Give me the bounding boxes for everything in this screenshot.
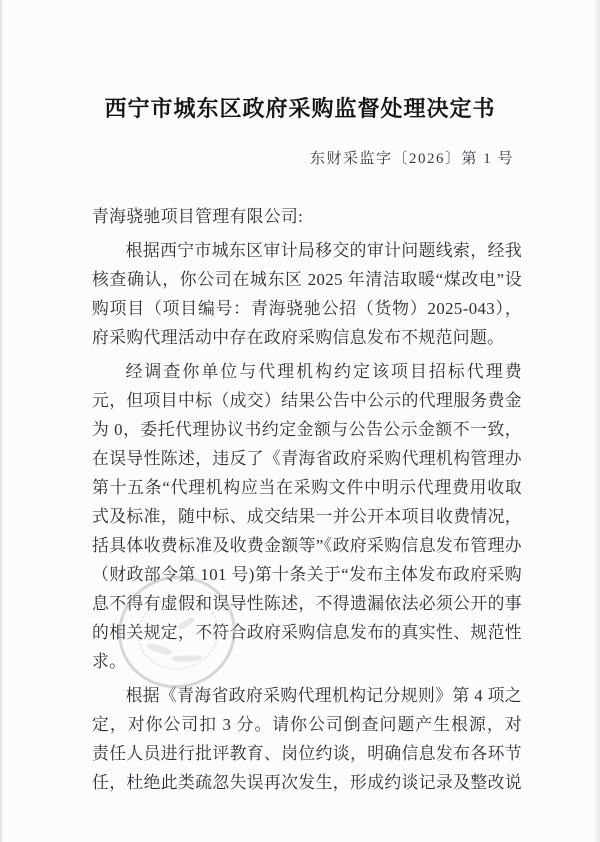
seal-smudge <box>172 655 202 662</box>
body-line: 经调查你单位与代理机构约定该项目招标代理费 49777 <box>92 357 522 386</box>
body-line: 括具体收费标准及收费金额等”《政府采购信息发布管理办法》 <box>92 531 522 560</box>
body-line: 在误导性陈述，违反了《青海省政府采购代理机构管理办法》 <box>92 444 522 473</box>
body-line: 购项目（项目编号：青海骁驰公招（货物）2025-043），政 <box>92 294 522 323</box>
body-line-salutation: 青海骁驰项目管理有限公司: <box>92 202 522 231</box>
seal-smudge <box>146 642 173 657</box>
body-line: 为 0，委托代理协议书约定金额与公告公示金额不一致，存 <box>92 415 522 444</box>
body-line: 府采购代理活动中存在政府采购信息发布不规范问题。 <box>92 323 522 352</box>
body-line: 任，杜绝此类疏忽失误再次发生，形成约谈记录及整改说明。 <box>92 768 522 797</box>
seal-smudge <box>177 616 195 631</box>
body-line: 元，但项目中标（成交）结果公告中公示的代理服务费金额 <box>92 386 522 415</box>
scanned-document-page: 西宁市城东区政府采购监督处理决定书 东财采监字〔2026〕第 1 号 青海骁驰项… <box>0 0 600 842</box>
body-line: 核查确认，你公司在城东区 2025 年清洁取暖“煤改电”设备采 <box>92 265 522 294</box>
body-line: 根据西宁市城东区审计局移交的审计问题线索，经我局 <box>92 236 522 265</box>
body-line: 第十五条“代理机构应当在采购文件中明示代理费用收取方 <box>92 473 522 502</box>
body-line: 责任人员进行批评教育、岗位约谈，明确信息发布各环节责 <box>92 739 522 768</box>
document-body: 青海骁驰项目管理有限公司: 根据西宁市城东区审计局移交的审计问题线索，经我局 核… <box>92 202 522 797</box>
body-line: 式及标准，随中标、成交结果一并公开本项目收费情况，包 <box>92 502 522 531</box>
document-title: 西宁市城东区政府采购监督处理决定书 <box>0 92 600 123</box>
body-line: 定，对你公司扣 3 分。请你公司倒查问题产生根源，对相关 <box>92 710 522 739</box>
scan-edge-left <box>0 0 3 842</box>
document-reference-number: 东财采监字〔2026〕第 1 号 <box>310 147 514 168</box>
scan-edge-right <box>594 0 600 842</box>
